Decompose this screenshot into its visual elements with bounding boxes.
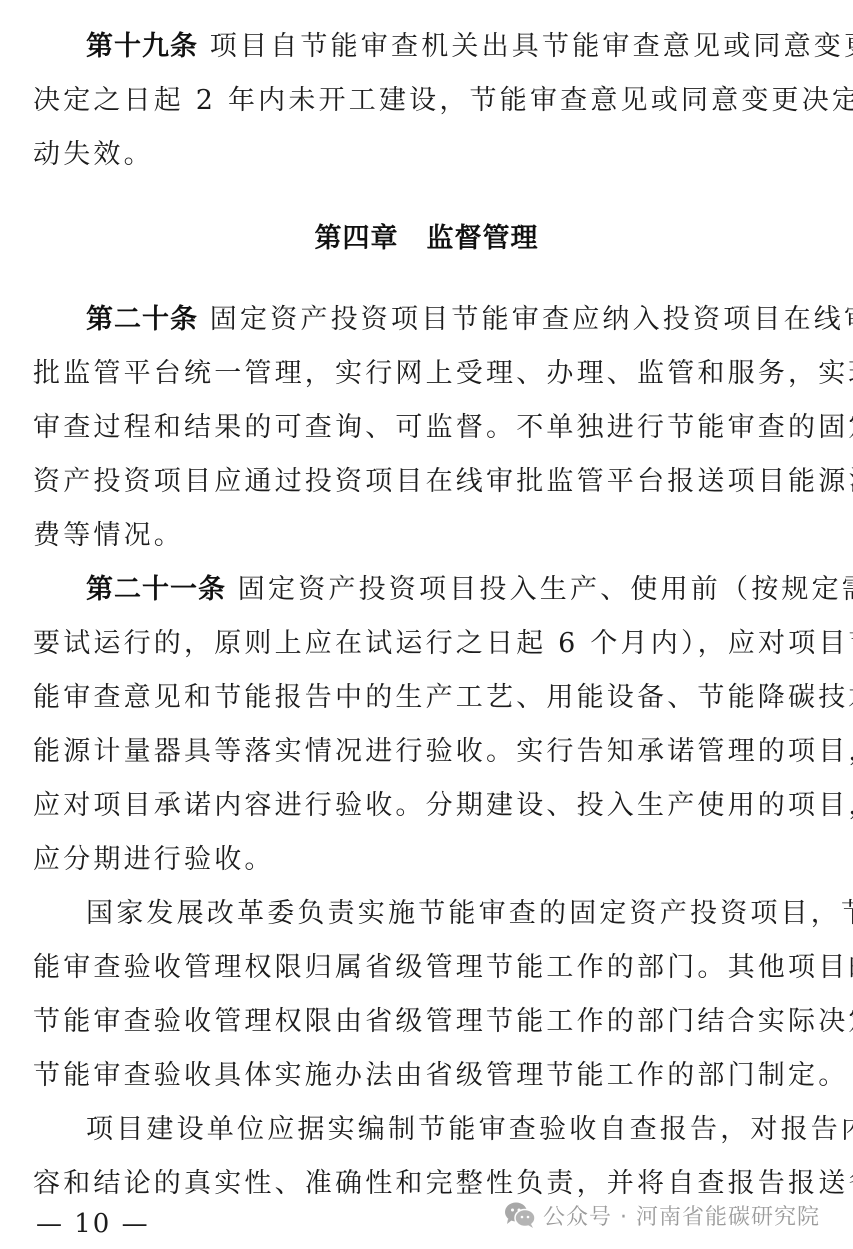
article-20-line-4: 资产投资项目应通过投资项目在线审批监管平台报送项目能源消	[33, 462, 823, 502]
self-check-paragraph-line-1: 项目建设单位应据实编制节能审查验收自查报告，对报告内	[86, 1110, 823, 1150]
ndrc-paragraph-line-1: 国家发展改革委负责实施节能审查的固定资产投资项目，节	[86, 894, 823, 934]
article-21-line-6: 应分期进行验收。	[33, 840, 823, 880]
chapter-heading: 第四章监督管理	[0, 219, 853, 259]
ndrc-paragraph-line-2: 能审查验收管理权限归属省级管理节能工作的部门。其他项目的	[33, 948, 823, 988]
article-21-line-1: 第二十一条 固定资产投资项目投入生产、使用前（按规定需	[86, 570, 823, 610]
article-21-line-4: 能源计量器具等落实情况进行验收。实行告知承诺管理的项目，	[33, 732, 823, 772]
article-20-line-5: 费等情况。	[33, 516, 823, 556]
article-21-heading: 第二十一条	[86, 574, 226, 605]
article-21-line-5: 应对项目承诺内容进行验收。分期建设、投入生产使用的项目，	[33, 786, 823, 826]
article-20-line-2: 批监管平台统一管理，实行网上受理、办理、监管和服务，实现	[33, 354, 823, 394]
article-19-line-3: 动失效。	[33, 135, 823, 175]
watermark-text: 公众号 · 河南省能碳研究院	[543, 1200, 820, 1231]
article-19-heading: 第十九条	[86, 31, 198, 62]
page-number: — 10 —	[36, 1206, 150, 1242]
article-21-line-3: 能审查意见和节能报告中的生产工艺、用能设备、节能降碳技术、	[33, 678, 823, 718]
document-page: 第十九条 项目自节能审查机关出具节能审查意见或同意变更 决定之日起 2 年内未开…	[0, 0, 853, 1249]
ndrc-paragraph-line-3: 节能审查验收管理权限由省级管理节能工作的部门结合实际决定。	[33, 1002, 823, 1042]
article-19-line-1: 第十九条 项目自节能审查机关出具节能审查意见或同意变更	[86, 27, 823, 67]
chapter-title: 监督管理	[427, 223, 539, 254]
article-20-line-1: 第二十条 固定资产投资项目节能审查应纳入投资项目在线审	[86, 300, 823, 340]
article-20-heading: 第二十条	[86, 304, 198, 335]
ndrc-paragraph-line-4: 节能审查验收具体实施办法由省级管理节能工作的部门制定。	[33, 1056, 823, 1096]
article-21-line-2: 要试运行的，原则上应在试运行之日起 6 个月内），应对项目节	[33, 624, 823, 664]
wechat-icon	[503, 1200, 537, 1230]
article-20-line-3: 审查过程和结果的可查询、可监督。不单独进行节能审查的固定	[33, 408, 823, 448]
article-19-line-2: 决定之日起 2 年内未开工建设，节能审查意见或同意变更决定自	[33, 81, 823, 121]
watermark: 公众号 · 河南省能碳研究院	[503, 1198, 820, 1232]
chapter-number: 第四章	[315, 223, 399, 254]
